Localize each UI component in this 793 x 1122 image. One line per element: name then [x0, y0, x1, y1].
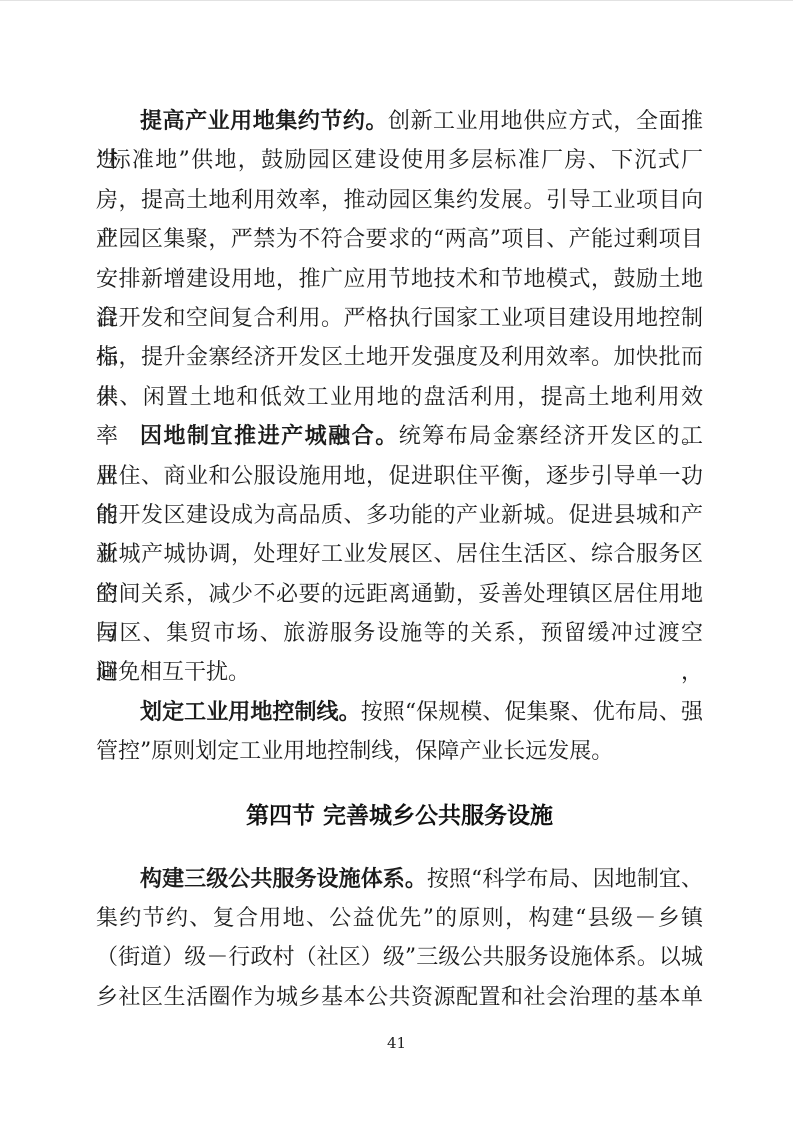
text-line: （街道）级－行政村（社区）级”三级公共服务设施体系。以城 — [96, 938, 703, 977]
text-line: 合开发和空间复合利用。严格执行国家工业项目建设用地控制指 — [96, 299, 703, 338]
text-line: 房，提高土地利用效率，推动园区集约发展。引导工业项目向产 — [96, 181, 703, 220]
text-line: 提高产业用地集约节约。创新工业用地供应方式，全面推进 — [96, 102, 703, 141]
text-line: 园区、集贸市场、旅游服务设施等的关系，预留缓冲过渡空间， — [96, 614, 703, 653]
text-line: 乡社区生活圈作为城乡基本公共资源配置和社会治理的基本单 — [96, 978, 703, 1017]
section-heading: 第四节 完善城乡公共服务设施 — [96, 794, 703, 838]
paragraph-lead: 因地制宜推进产城融合。 — [140, 423, 399, 449]
text-line: 的开发区建设成为高品质、多功能的产业新城。促进县城和产业 — [96, 496, 703, 535]
page-number: 41 — [0, 1033, 793, 1053]
text-line: 居住、商业和公服设施用地，促进职住平衡，逐步引导单一功能 — [96, 457, 703, 496]
text-line: 业园区集聚，严禁为不符合要求的“两高”项目、产能过剩项目 — [96, 220, 703, 259]
paragraph: 提高产业用地集约节约。创新工业用地供应方式，全面推进“标准地”供地，鼓励园区建设… — [96, 102, 703, 417]
text-line: “标准地”供地，鼓励园区建设使用多层标准厂房、下沉式厂 — [96, 141, 703, 180]
text-line: 供、闲置土地和低效工业用地的盘活利用，提高土地利用效率。 — [96, 378, 703, 417]
text-line: 新城产城协调，处理好工业发展区、居住生活区、综合服务区的 — [96, 535, 703, 574]
paragraph-lead: 提高产业用地集约节约。 — [140, 108, 388, 134]
text-line: 因地制宜推进产城融合。统筹布局金寨经济开发区的工业、 — [96, 417, 703, 456]
text-line: 标，提升金寨经济开发区土地开发强度及利用效率。加快批而未 — [96, 338, 703, 377]
text-line: 空间关系，减少不必要的远距离通勤，妥善处理镇区居住用地与 — [96, 575, 703, 614]
text-line: 集约节约、复合用地、公益优先”的原则，构建“县级－乡镇 — [96, 899, 703, 938]
paragraph: 构建三级公共服务设施体系。按照“科学布局、因地制宜、集约节约、复合用地、公益优先… — [96, 860, 703, 1018]
text-line: 安排新增建设用地，推广应用节地技术和节地模式，鼓励土地混 — [96, 260, 703, 299]
text-line: 管控”原则划定工业用地控制线，保障产业长远发展。 — [96, 732, 703, 771]
document-page: 提高产业用地集约节约。创新工业用地供应方式，全面推进“标准地”供地，鼓励园区建设… — [0, 0, 793, 1122]
paragraph: 因地制宜推进产城融合。统筹布局金寨经济开发区的工业、居住、商业和公服设施用地，促… — [96, 417, 703, 693]
document-body: 提高产业用地集约节约。创新工业用地供应方式，全面推进“标准地”供地，鼓励园区建设… — [96, 102, 703, 1017]
text-line: 划定工业用地控制线。按照“保规模、促集聚、优布局、强 — [96, 693, 703, 732]
paragraph: 划定工业用地控制线。按照“保规模、促集聚、优布局、强管控”原则划定工业用地控制线… — [96, 693, 703, 772]
paragraph-lead: 构建三级公共服务设施体系。 — [140, 866, 427, 892]
paragraph-lead: 划定工业用地控制线。 — [140, 699, 361, 725]
text-line: 构建三级公共服务设施体系。按照“科学布局、因地制宜、 — [96, 860, 703, 899]
